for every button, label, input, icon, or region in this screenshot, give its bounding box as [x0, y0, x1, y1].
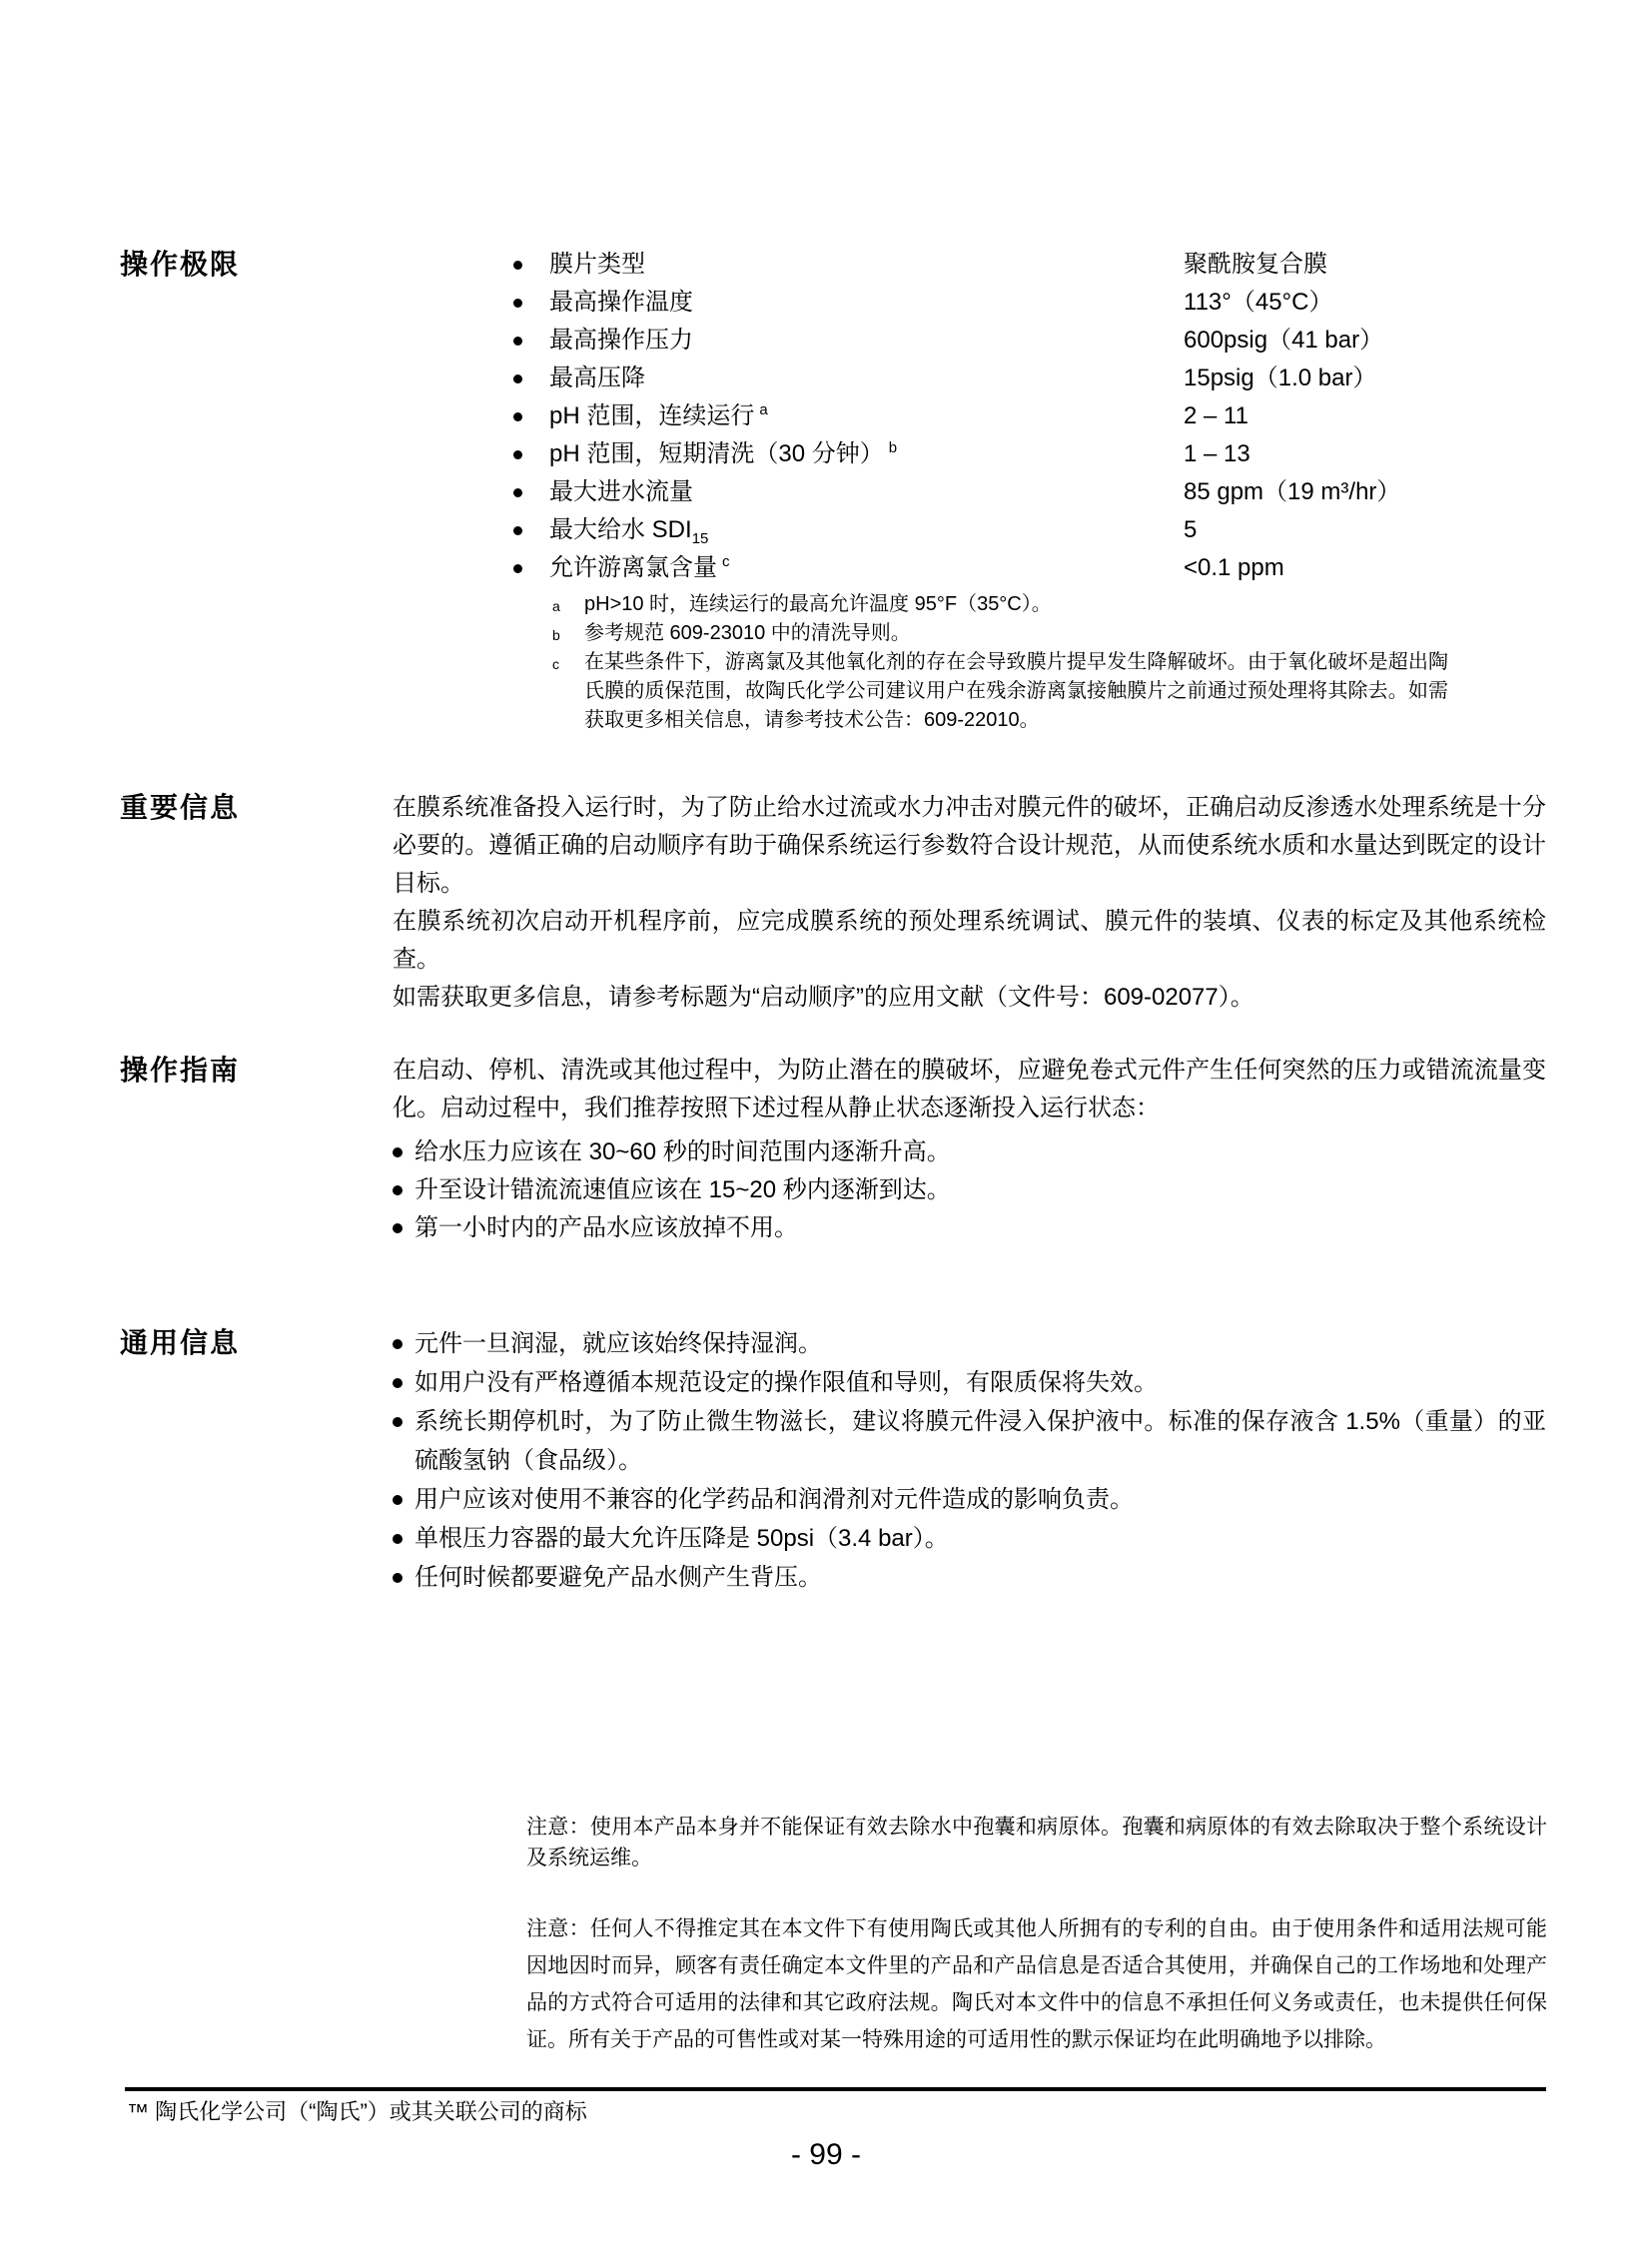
list-item: 用户应该对使用不兼容的化学药品和润滑剂对元件造成的影响负责。 [393, 1480, 1546, 1519]
spec-label: 最高操作压力 [549, 327, 693, 354]
footnote: c 在某些条件下，游离氯及其他氧化剂的存在会导致膜片提早发生降解破坏。由于氧化破… [393, 648, 1448, 735]
spec-row: 最高操作温度 113°（45°C） [393, 284, 1546, 322]
footnote-text: pH>10 时，连续运行的最高允许温度 95°F（35°C）。 [584, 593, 1052, 615]
bullet-icon [393, 1339, 403, 1349]
spec-label: pH 范围，连续运行a [549, 402, 768, 429]
paragraph: 如需获取更多信息，请参考标题为“启动顺序”的应用文献（文件号：609-02077… [393, 979, 1546, 1017]
spec-row: 最大给水 SDI15 5 [393, 511, 1546, 549]
spec-value: 聚酰胺复合膜 [1184, 246, 1327, 284]
list-item: 升至设计错流流速值应该在 15~20 秒内逐渐到达。 [393, 1171, 1546, 1209]
bullet-icon [513, 261, 522, 270]
spec-label-subscript: 15 [692, 530, 709, 547]
list-item-text: 元件一旦润湿，就应该始终保持湿润。 [414, 1330, 822, 1357]
footnote-ref: c [722, 553, 730, 570]
list-item: 给水压力应该在 30~60 秒的时间范围内逐渐升高。 [393, 1133, 1546, 1171]
important-info-body: 在膜系统准备投入运行时，为了防止给水过流或水力冲击对膜元件的破坏，正确启动反渗透… [393, 789, 1546, 1017]
spec-row: 最高操作压力 600psig（41 bar） [393, 322, 1546, 360]
trademark-note: ™ 陶氏化学公司（“陶氏”）或其关联公司的商标 [127, 2097, 587, 2127]
spec-value: 5 [1184, 511, 1197, 549]
section-general-info: 通用信息 元件一旦润湿，就应该始终保持湿润。 如用户没有严格遵循本规范设定的操作… [120, 1324, 1546, 1597]
footnote-ref: a [759, 401, 767, 418]
footnote: b 参考规范 609-23010 中的清洗导则。 [393, 619, 1448, 648]
bullet-icon [513, 526, 522, 535]
bullet-icon [393, 1378, 403, 1388]
spec-value: 2 – 11 [1184, 397, 1248, 435]
spec-value: 113°（45°C） [1184, 284, 1332, 322]
spec-value: 15psig（1.0 bar） [1184, 360, 1376, 397]
bullet-icon [393, 1223, 403, 1233]
bullet-icon [513, 450, 522, 459]
spec-value: 1 – 13 [1184, 435, 1250, 473]
list-item: 系统长期停机时，为了防止微生物滋长，建议将膜元件浸入保护液中。标准的保存液含 1… [393, 1402, 1546, 1480]
bullet-icon [393, 1495, 403, 1505]
list-item: 元件一旦润湿，就应该始终保持湿润。 [393, 1324, 1546, 1363]
bullet-icon [393, 1417, 403, 1427]
spec-label: 最大进水流量 [549, 478, 693, 505]
spec-label: 最高压降 [549, 365, 645, 391]
spec-list: 膜片类型 聚酰胺复合膜 最高操作温度 113°（45°C） 最高操作压力 600… [393, 246, 1546, 587]
operating-guide-heading: 操作指南 [120, 1052, 393, 1247]
operating-limits-heading: 操作极限 [120, 246, 393, 735]
list-item-text: 任何时候都要避免产品水侧产生背压。 [414, 1564, 822, 1591]
bullet-icon [513, 488, 522, 497]
list-item-text: 第一小时内的产品水应该放掉不用。 [414, 1214, 798, 1241]
general-bullet-list: 元件一旦润湿，就应该始终保持湿润。 如用户没有严格遵循本规范设定的操作限值和导则… [393, 1324, 1546, 1597]
list-item-text: 用户应该对使用不兼容的化学药品和润滑剂对元件造成的影响负责。 [414, 1486, 1134, 1513]
footnote-marker: c [552, 650, 559, 679]
bullet-icon [393, 1534, 403, 1544]
list-item: 任何时候都要避免产品水侧产生背压。 [393, 1558, 1546, 1597]
list-item-text: 系统长期停机时，为了防止微生物滋长，建议将膜元件浸入保护液中。标准的保存液含 1… [414, 1408, 1546, 1474]
bullet-icon [393, 1573, 403, 1583]
footnote-ref: b [889, 439, 897, 456]
spec-label: pH 范围，短期清洗（30 分钟）b [549, 440, 897, 467]
spec-label: 最高操作温度 [549, 289, 693, 316]
bullet-icon [513, 564, 522, 573]
spec-row: 膜片类型 聚酰胺复合膜 [393, 246, 1546, 284]
spec-label: 允许游离氯含量c [549, 554, 730, 581]
footnote-text: 参考规范 609-23010 中的清洗导则。 [584, 622, 911, 644]
section-operating-limits: 操作极限 膜片类型 聚酰胺复合膜 最高操作温度 113°（45°C） [120, 246, 1546, 735]
bullet-icon [513, 374, 522, 383]
document-page: 操作极限 膜片类型 聚酰胺复合膜 最高操作温度 113°（45°C） [0, 0, 1652, 2242]
general-info-heading: 通用信息 [120, 1324, 393, 1597]
legal-note-disclaimer: 注意：任何人不得推定其在本文件下有使用陶氏或其他人所拥有的专利的自由。由于使用条… [526, 1910, 1547, 2058]
spec-row: 允许游离氯含量c <0.1 ppm [393, 549, 1546, 587]
spec-value: 600psig（41 bar） [1184, 322, 1383, 360]
footnote: a pH>10 时，连续运行的最高允许温度 95°F（35°C）。 [393, 590, 1448, 619]
operating-limits-body: 膜片类型 聚酰胺复合膜 最高操作温度 113°（45°C） 最高操作压力 600… [393, 246, 1546, 735]
list-item-text: 升至设计错流流速值应该在 15~20 秒内逐渐到达。 [414, 1176, 951, 1203]
intro-paragraph: 在启动、停机、清洗或其他过程中，为防止潜在的膜破坏，应避免卷式元件产生任何突然的… [393, 1052, 1546, 1127]
list-item-text: 给水压力应该在 30~60 秒的时间范围内逐渐升高。 [414, 1138, 951, 1165]
bullet-icon [393, 1147, 403, 1157]
spec-row: 最大进水流量 85 gpm（19 m³/hr） [393, 473, 1546, 511]
paragraph: 在膜系统准备投入运行时，为了防止给水过流或水力冲击对膜元件的破坏，正确启动反渗透… [393, 789, 1546, 903]
paragraph: 在膜系统初次启动开机程序前，应完成膜系统的预处理系统调试、膜元件的装填、仪表的标… [393, 903, 1546, 979]
spec-label: 膜片类型 [549, 251, 645, 278]
section-important-info: 重要信息 在膜系统准备投入运行时，为了防止给水过流或水力冲击对膜元件的破坏，正确… [120, 789, 1546, 1017]
spec-value: 85 gpm（19 m³/hr） [1184, 473, 1400, 511]
section-operating-guide: 操作指南 在启动、停机、清洗或其他过程中，为防止潜在的膜破坏，应避免卷式元件产生… [120, 1052, 1546, 1247]
guide-bullet-list: 给水压力应该在 30~60 秒的时间范围内逐渐升高。 升至设计错流流速值应该在 … [393, 1133, 1546, 1247]
footnote-marker: a [552, 592, 560, 621]
bullet-icon [513, 412, 522, 421]
footnote-text: 在某些条件下，游离氯及其他氧化剂的存在会导致膜片提早发生降解破坏。由于氧化破坏是… [584, 651, 1448, 731]
footer-divider [125, 2087, 1546, 2091]
bullet-icon [513, 299, 522, 308]
bullet-icon [513, 337, 522, 346]
legal-note-cysts: 注意：使用本产品本身并不能保证有效去除水中孢囊和病原体。孢囊和病原体的有效去除取… [526, 1812, 1547, 1873]
footnote-list: a pH>10 时，连续运行的最高允许温度 95°F（35°C）。 b 参考规范… [393, 590, 1448, 735]
list-item: 第一小时内的产品水应该放掉不用。 [393, 1209, 1546, 1247]
spec-row: pH 范围，短期清洗（30 分钟）b 1 – 13 [393, 435, 1546, 473]
spec-row: pH 范围，连续运行a 2 – 11 [393, 397, 1546, 435]
list-item-text: 如用户没有严格遵循本规范设定的操作限值和导则，有限质保将失效。 [414, 1369, 1158, 1396]
important-info-heading: 重要信息 [120, 789, 393, 1017]
operating-guide-body: 在启动、停机、清洗或其他过程中，为防止潜在的膜破坏，应避免卷式元件产生任何突然的… [393, 1052, 1546, 1247]
page-number: - 99 - [0, 2135, 1652, 2175]
list-item: 如用户没有严格遵循本规范设定的操作限值和导则，有限质保将失效。 [393, 1363, 1546, 1402]
spec-label: 最大给水 SDI15 [549, 516, 708, 543]
spec-value: <0.1 ppm [1184, 549, 1284, 587]
list-item-text: 单根压力容器的最大允许压降是 50psi（3.4 bar）。 [414, 1525, 949, 1552]
list-item: 单根压力容器的最大允许压降是 50psi（3.4 bar）。 [393, 1519, 1546, 1558]
spec-row: 最高压降 15psig（1.0 bar） [393, 360, 1546, 397]
bullet-icon [393, 1185, 403, 1195]
footnote-marker: b [552, 621, 560, 650]
